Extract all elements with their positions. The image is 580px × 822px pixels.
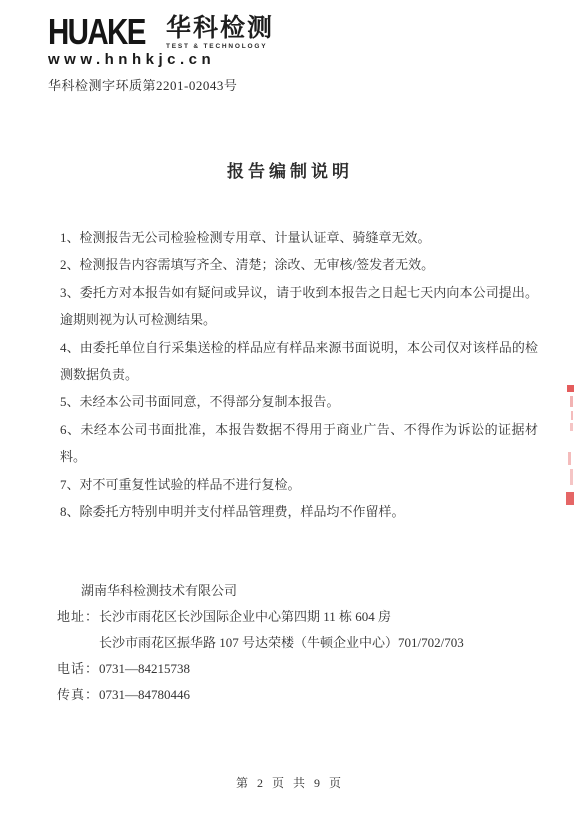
red-stamp-fragment xyxy=(570,423,573,431)
company-name: 湖南华科检测技术有限公司 xyxy=(57,578,527,604)
note-item-1: 1、检测报告无公司检验检测专用章、计量认证章、骑缝章无效。 xyxy=(60,224,538,251)
logo-wordmark-en: HUAKE xyxy=(48,16,145,48)
note-item-2: 2、检测报告内容需填写齐全、清楚；涂改、无审核/签发者无效。 xyxy=(60,251,538,278)
page-title: 报告编制说明 xyxy=(0,157,580,182)
note-item-7: 7、对不可重复性试验的样品不进行复检。 xyxy=(60,471,538,498)
phone-row: 电话：0731—84215738 xyxy=(57,656,527,682)
address-label: 地址： xyxy=(57,609,99,624)
phone-value: 0731—84215738 xyxy=(99,661,190,676)
logo: HUAKE 华科检测 TEST & TECHNOLOGY xyxy=(48,16,274,50)
company-letterhead: HUAKE 华科检测 TEST & TECHNOLOGY www.hnhkjc.… xyxy=(48,16,274,94)
fax-label: 传真： xyxy=(57,687,99,702)
red-stamp-fragment xyxy=(566,492,574,505)
report-page: HUAKE 华科检测 TEST & TECHNOLOGY www.hnhkjc.… xyxy=(0,0,580,822)
notes-list: 1、检测报告无公司检验检测专用章、计量认证章、骑缝章无效。 2、检测报告内容需填… xyxy=(60,224,538,525)
address-row-2: 长沙市雨花区振华路 107 号达荣楼（牛顿企业中心）701/702/703 xyxy=(57,630,527,656)
address-line-2: 长沙市雨花区振华路 107 号达荣楼（牛顿企业中心）701/702/703 xyxy=(99,635,464,650)
red-stamp-fragment xyxy=(570,396,573,407)
company-website: www.hnhkjc.cn xyxy=(48,51,274,68)
note-item-5: 5、未经本公司书面同意，不得部分复制本报告。 xyxy=(60,388,538,415)
page-number-footer: 第 2 页 共 9 页 xyxy=(0,774,580,791)
red-stamp-fragment xyxy=(571,411,573,420)
red-stamp-fragment xyxy=(568,452,571,465)
note-item-4: 4、由委托单位自行采集送检的样品应有样品来源书面说明，本公司仅对该样品的检测数据… xyxy=(60,334,538,389)
red-stamp-fragment xyxy=(570,469,573,485)
logo-wordmark-cn: 华科检测 xyxy=(166,16,274,42)
report-number: 华科检测字环质第2201-02043号 xyxy=(48,75,274,94)
note-item-8: 8、除委托方特别申明并支付样品管理费，样品均不作留样。 xyxy=(60,498,538,525)
logo-cn-block: 华科检测 TEST & TECHNOLOGY xyxy=(166,16,274,50)
logo-tagline: TEST & TECHNOLOGY xyxy=(166,43,274,50)
note-item-6: 6、未经本公司书面批准，本报告数据不得用于商业广告、不得作为诉讼的证据材料。 xyxy=(60,416,538,471)
fax-row: 传真：0731—84780446 xyxy=(57,682,527,708)
address-line-1: 长沙市雨花区长沙国际企业中心第四期 11 栋 604 房 xyxy=(99,609,391,624)
red-stamp-fragment xyxy=(567,385,574,392)
phone-label: 电话： xyxy=(57,661,99,676)
note-item-3: 3、委托方对本报告如有疑问或异议，请于收到本报告之日起七天内向本公司提出。逾期则… xyxy=(60,279,538,334)
fax-value: 0731—84780446 xyxy=(99,687,190,702)
address-row-1: 地址：长沙市雨花区长沙国际企业中心第四期 11 栋 604 房 xyxy=(57,604,527,630)
company-contact-block: 湖南华科检测技术有限公司 地址：长沙市雨花区长沙国际企业中心第四期 11 栋 6… xyxy=(57,578,527,708)
